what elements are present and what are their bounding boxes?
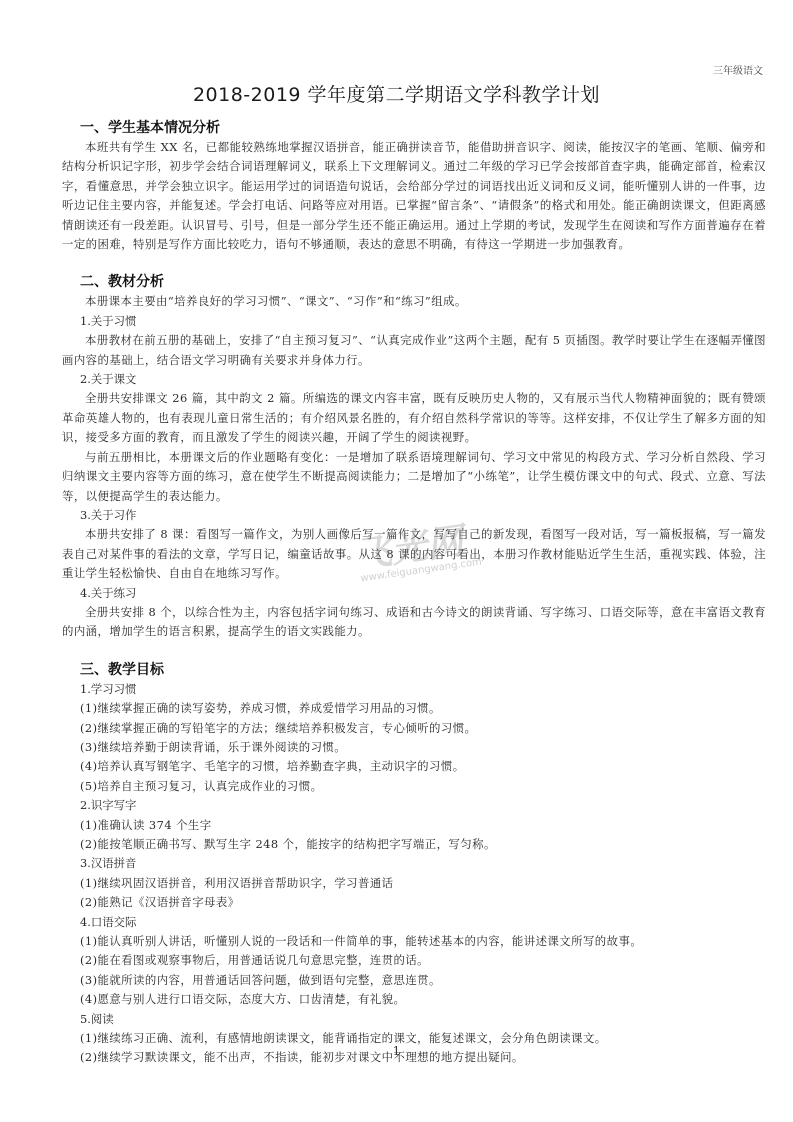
paragraph: 本册课本主要由“培养良好的学习习惯”、“课文”、“习作”和“练习”组成。 [62, 292, 766, 311]
goal-group-title: 4.口语交际 [80, 913, 766, 932]
goal-item: (2)能在看图或观察事物后，用普通话说几句意思完整，连贯的话。 [80, 951, 766, 970]
goal-item: (3)能就所读的内容，用普通话回答问题，做到语句完整，意思连贯。 [80, 971, 766, 990]
goal-item: (4)愿意与别人进行口语交际，态度大方、口齿清楚，有礼貌。 [80, 990, 766, 1009]
goal-item: (1)继续掌握正确的读写姿势，养成习惯，养成爱惜学习用品的习惯。 [80, 699, 766, 718]
paragraph: 与前五册相比，本册课文后的作业题略有变化：一是增加了联系语境理解词句、学习文中常… [62, 448, 766, 506]
goal-item: (1)继续巩固汉语拼音，利用汉语拼音帮助识字，学习普通话 [80, 874, 766, 893]
paragraph: 本班共有学生 XX 名，已都能较熟练地掌握汉语拼音，能正确拼读音节，能借助拼音识… [62, 138, 766, 254]
goal-item: (5)培养自主预习复习，认真完成作业的习惯。 [80, 777, 766, 796]
goal-group-title: 3.汉语拼音 [80, 854, 766, 873]
goal-group-title: 2.识字写字 [80, 796, 766, 815]
goal-group-title: 1.学习习惯 [80, 680, 766, 699]
page-number: 1 [0, 1044, 793, 1058]
subsection-title: 1.关于习惯 [80, 312, 766, 331]
goal-item: (2)能按笔顺正确书写、默写生字 248 个，能按字的结构把字写端正，写匀称。 [80, 835, 766, 854]
page-title: 2018-2019 学年度第二学期语文学科教学计划 [0, 80, 793, 107]
subsection-title: 4.关于练习 [80, 584, 766, 603]
goal-item: (2)继续掌握正确的写铅笔字的方法；继续培养积极发言，专心倾听的习惯。 [80, 719, 766, 738]
goal-group-title: 5.阅读 [80, 1010, 766, 1029]
goal-item: (1)能认真听别人讲话，听懂别人说的一段话和一件简单的事，能转述基本的内容，能讲… [80, 932, 766, 951]
paragraph: 本册教材在前五册的基础上，安排了“自主预习复习”、“认真完成作业”这两个主题，配… [62, 331, 766, 370]
goal-item: (1)准确认读 374 个生字 [80, 816, 766, 835]
paragraph: 全册共安排课文 26 篇，其中韵文 2 篇。所编选的课文内容丰富，既有反映历史人… [62, 389, 766, 447]
document-body: 一、学生基本情况分析 本班共有学生 XX 名，已都能较熟练地掌握汉语拼音，能正确… [62, 118, 766, 1068]
header-grade-tag: 三年级语文 [713, 62, 763, 77]
section-heading-textbook-analysis: 二、教材分析 [80, 272, 766, 292]
subsection-title: 2.关于课文 [80, 370, 766, 389]
subsection-title: 3.关于习作 [80, 506, 766, 525]
goal-item: (4)培养认真写钢笔字、毛笔字的习惯，培养勤查字典，主动识字的习惯。 [80, 757, 766, 776]
section-heading-student-analysis: 一、学生基本情况分析 [80, 118, 766, 138]
goal-item: (3)继续培养勤于朗读背诵，乐于课外阅读的习惯。 [80, 738, 766, 757]
goal-item: (2)能熟记《汉语拼音字母表》 [80, 893, 766, 912]
section-heading-teaching-goals: 三、教学目标 [80, 660, 766, 680]
paragraph: 全册共安排 8 个，以综合性为主，内容包括字词句练习、成语和古今诗文的朗读背诵、… [62, 603, 766, 642]
